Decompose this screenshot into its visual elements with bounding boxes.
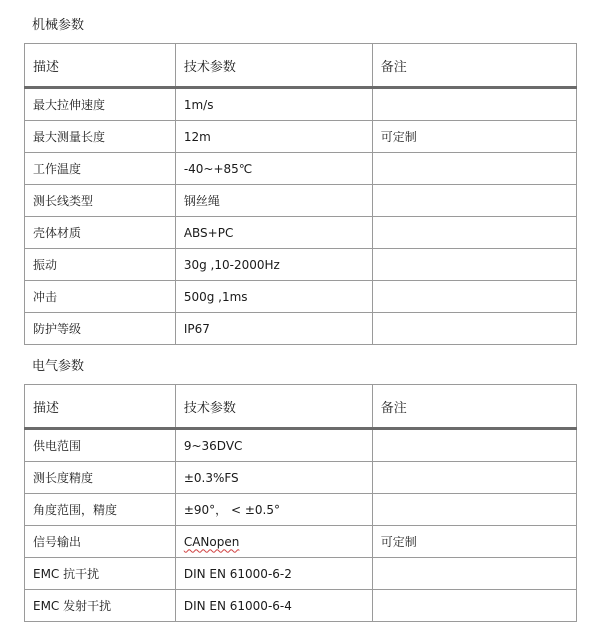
cell-spec: 30g ,10-2000Hz <box>175 249 372 281</box>
header-remark: 备注 <box>372 385 576 429</box>
header-remark: 备注 <box>372 44 576 88</box>
cell-description: 测长线类型 <box>25 185 176 217</box>
table-header-row: 描述 技术参数 备注 <box>25 385 577 429</box>
table-row: 最大测量长度12m可定制 <box>25 121 577 153</box>
cell-description: EMC 抗干扰 <box>25 558 176 590</box>
cell-description: 最大测量长度 <box>25 121 176 153</box>
cell-description: 信号输出 <box>25 526 176 558</box>
cell-description: 测长度精度 <box>25 462 176 494</box>
mechanical-section-title: 机械参数 <box>32 14 84 33</box>
table-row: 防护等级IP67 <box>25 313 577 345</box>
cell-remark <box>372 153 576 185</box>
header-spec: 技术参数 <box>175 385 372 429</box>
header-spec: 技术参数 <box>175 44 372 88</box>
cell-spec: 12m <box>175 121 372 153</box>
cell-remark <box>372 249 576 281</box>
cell-spec: 9~36DVC <box>175 429 372 462</box>
cell-remark <box>372 462 576 494</box>
table-row: EMC 发射干扰DIN EN 61000-6-4 <box>25 590 577 622</box>
table-row: 最大拉伸速度1m/s <box>25 88 577 121</box>
cell-spec: ABS+PC <box>175 217 372 249</box>
table-row: 壳体材质ABS+PC <box>25 217 577 249</box>
table-row: 供电范围9~36DVC <box>25 429 577 462</box>
table-row: 工作温度-40~+85℃ <box>25 153 577 185</box>
table-row: 测长度精度±0.3%FS <box>25 462 577 494</box>
cell-description: EMC 发射干扰 <box>25 590 176 622</box>
header-description: 描述 <box>25 385 176 429</box>
cell-spec: IP67 <box>175 313 372 345</box>
cell-remark <box>372 185 576 217</box>
table-row: 冲击500g ,1ms <box>25 281 577 313</box>
header-description: 描述 <box>25 44 176 88</box>
cell-remark <box>372 429 576 462</box>
electrical-section-title: 电气参数 <box>32 355 84 374</box>
cell-spec: 500g ,1ms <box>175 281 372 313</box>
cell-spec: DIN EN 61000-6-4 <box>175 590 372 622</box>
table-row: 信号输出CANopen可定制 <box>25 526 577 558</box>
cell-remark <box>372 494 576 526</box>
table-header-row: 描述 技术参数 备注 <box>25 44 577 88</box>
table-row: 振动30g ,10-2000Hz <box>25 249 577 281</box>
table-row: 角度范围，精度±90°， < ±0.5° <box>25 494 577 526</box>
cell-remark <box>372 281 576 313</box>
cell-description: 最大拉伸速度 <box>25 88 176 121</box>
cell-spec: 1m/s <box>175 88 372 121</box>
cell-remark: 可定制 <box>372 526 576 558</box>
cell-remark <box>372 590 576 622</box>
cell-spec: DIN EN 61000-6-2 <box>175 558 372 590</box>
cell-description: 供电范围 <box>25 429 176 462</box>
cell-description: 工作温度 <box>25 153 176 185</box>
cell-spec: ±90°， < ±0.5° <box>175 494 372 526</box>
cell-remark <box>372 88 576 121</box>
cell-spec: -40~+85℃ <box>175 153 372 185</box>
table-row: 测长线类型钢丝绳 <box>25 185 577 217</box>
mechanical-params-table: 描述 技术参数 备注 最大拉伸速度1m/s 最大测量长度12m可定制 工作温度-… <box>24 43 577 345</box>
cell-description: 角度范围，精度 <box>25 494 176 526</box>
cell-description: 冲击 <box>25 281 176 313</box>
cell-remark <box>372 313 576 345</box>
cell-spec: 钢丝绳 <box>175 185 372 217</box>
cell-description: 振动 <box>25 249 176 281</box>
cell-description: 壳体材质 <box>25 217 176 249</box>
spellcheck-word: CANopen <box>184 535 240 549</box>
cell-spec: CANopen <box>175 526 372 558</box>
table-row: EMC 抗干扰DIN EN 61000-6-2 <box>25 558 577 590</box>
cell-remark <box>372 558 576 590</box>
cell-spec: ±0.3%FS <box>175 462 372 494</box>
cell-remark: 可定制 <box>372 121 576 153</box>
electrical-params-table: 描述 技术参数 备注 供电范围9~36DVC 测长度精度±0.3%FS 角度范围… <box>24 384 577 622</box>
cell-description: 防护等级 <box>25 313 176 345</box>
cell-remark <box>372 217 576 249</box>
